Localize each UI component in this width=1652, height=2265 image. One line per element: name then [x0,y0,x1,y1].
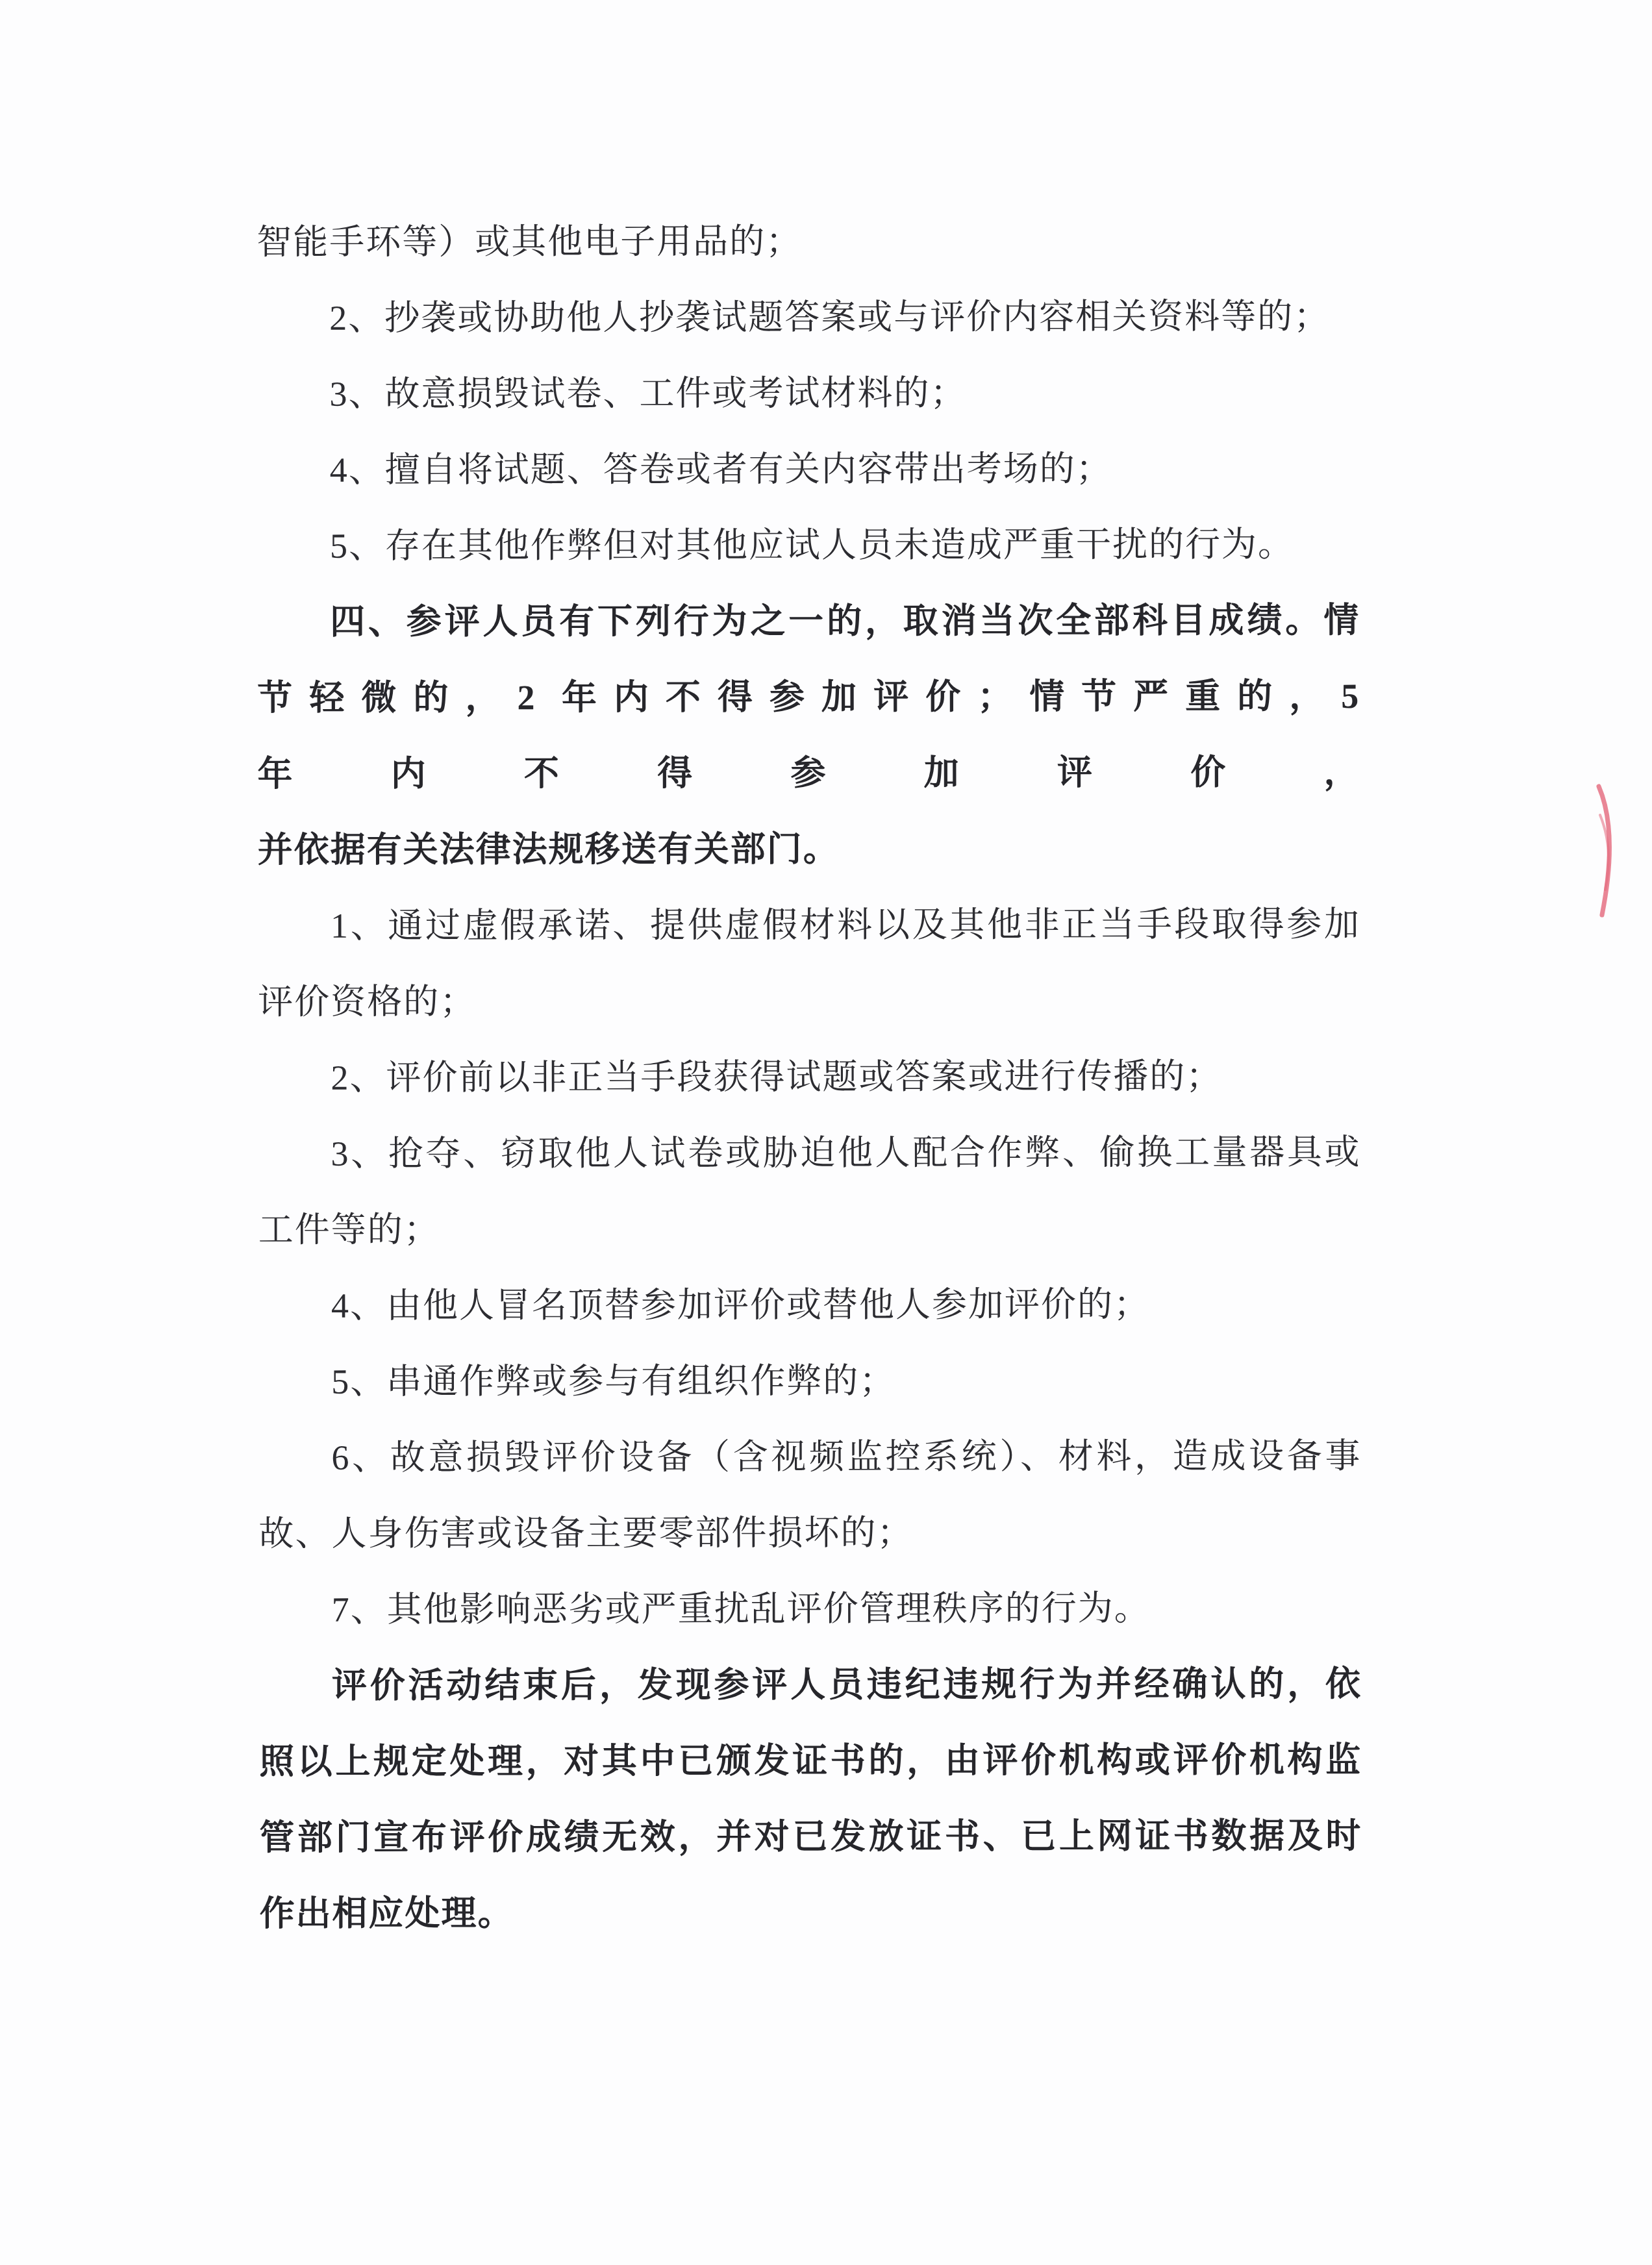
text-line: 4、由他人冒名顶替参加评价或替他人参加评价的； [258,1266,1361,1344]
text-line: 评价活动结束后，发现参评人员违纪违规行为并经确认的，依 [259,1646,1362,1724]
text-line: 故、人身伤害或设备主要零部件损坏的； [258,1494,1361,1572]
document-text-block: 智能手环等）或其他电子用品的；2、抄袭或协助他人抄袭试题答案或与评价内容相关资料… [257,203,1362,1952]
text-line: 4、擅自将试题、答卷或者有关内容带出考场的； [257,431,1360,508]
text-line: 3、抢夺、窃取他人试卷或胁迫他人配合作弊、偷换工量器具或 [258,1114,1360,1192]
text-line: 5、串通作弊或参与有组织作弊的； [258,1342,1361,1420]
text-line: 管部门宣布评价成绩无效，并对已发放证书、已上网证书数据及时 [259,1798,1362,1876]
red-pen-arc-mark [1583,776,1629,925]
text-line: 照以上规定处理，对其中已颁发证书的，由评价机构或评价机构监 [259,1722,1362,1800]
text-line: 5、存在其他作弊但对其他应试人员未造成严重干扰的行为。 [257,507,1360,584]
text-line: 节轻微的，2 年内不得参加评价；情节严重的，5 年内不得参加评价， [257,658,1360,812]
text-line: 6、故意损毁评价设备（含视频监控系统）、材料，造成设备事 [258,1418,1361,1496]
text-line: 3、故意损毁试卷、工件或考试材料的； [257,355,1359,432]
text-line: 智能手环等）或其他电子用品的； [257,203,1359,281]
text-line: 作出相应处理。 [259,1874,1362,1952]
text-line: 1、通过虚假承诺、提供虚假材料以及其他非正当手段取得参加 [258,886,1360,964]
text-line: 2、抄袭或协助他人抄袭试题答案或与评价内容相关资料等的； [257,279,1359,357]
text-line: 四、参评人员有下列行为之一的，取消当次全部科目成绩。情 [257,582,1360,660]
text-line: 工件等的； [258,1190,1361,1268]
text-line: 7、其他影响恶劣或严重扰乱评价管理秩序的行为。 [259,1570,1362,1648]
text-line: 评价资格的； [258,962,1360,1040]
scanned-document-page: 智能手环等）或其他电子用品的；2、抄袭或协助他人抄袭试题答案或与评价内容相关资料… [0,0,1652,2265]
text-line: 2、评价前以非正当手段获得试题或答案或进行传播的； [258,1038,1360,1116]
text-line: 并依据有关法律法规移送有关部门。 [258,810,1360,888]
